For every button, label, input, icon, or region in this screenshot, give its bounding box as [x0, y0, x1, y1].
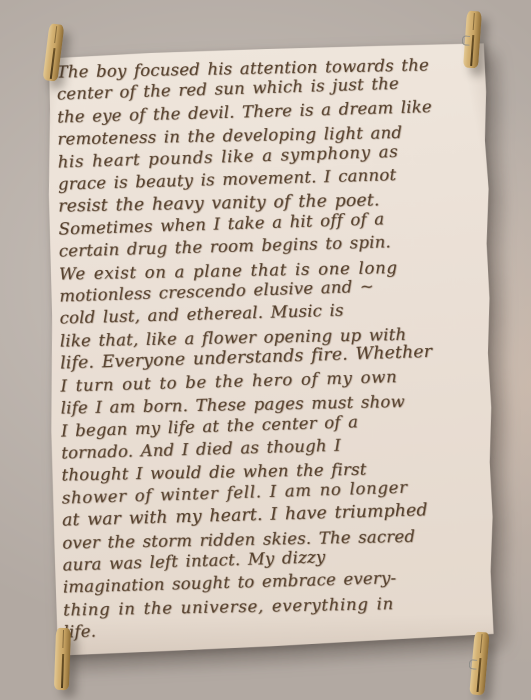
clothespin-slit: [470, 35, 474, 66]
paper-sheet: The boy focused his attention towards th…: [45, 43, 494, 655]
photo-scene: { "scene": { "subject": "handwritten man…: [0, 0, 531, 700]
clothespin-notch: [480, 634, 483, 653]
clothespin-spring-icon: [468, 659, 477, 670]
handwritten-text: The boy focused his attention towards th…: [56, 56, 490, 644]
clothespin-bottom-left-icon: [54, 628, 71, 690]
clothespin-notch: [473, 13, 476, 30]
clothespin-slit: [477, 658, 482, 692]
clothespin-notch: [54, 26, 57, 43]
manuscript-paper: The boy focused his attention towards th…: [45, 43, 494, 655]
clothespin-slit: [50, 48, 55, 79]
clothespin-spring-icon: [462, 35, 471, 46]
clothespin-notch: [62, 630, 64, 649]
clothespin-slit: [61, 654, 64, 688]
